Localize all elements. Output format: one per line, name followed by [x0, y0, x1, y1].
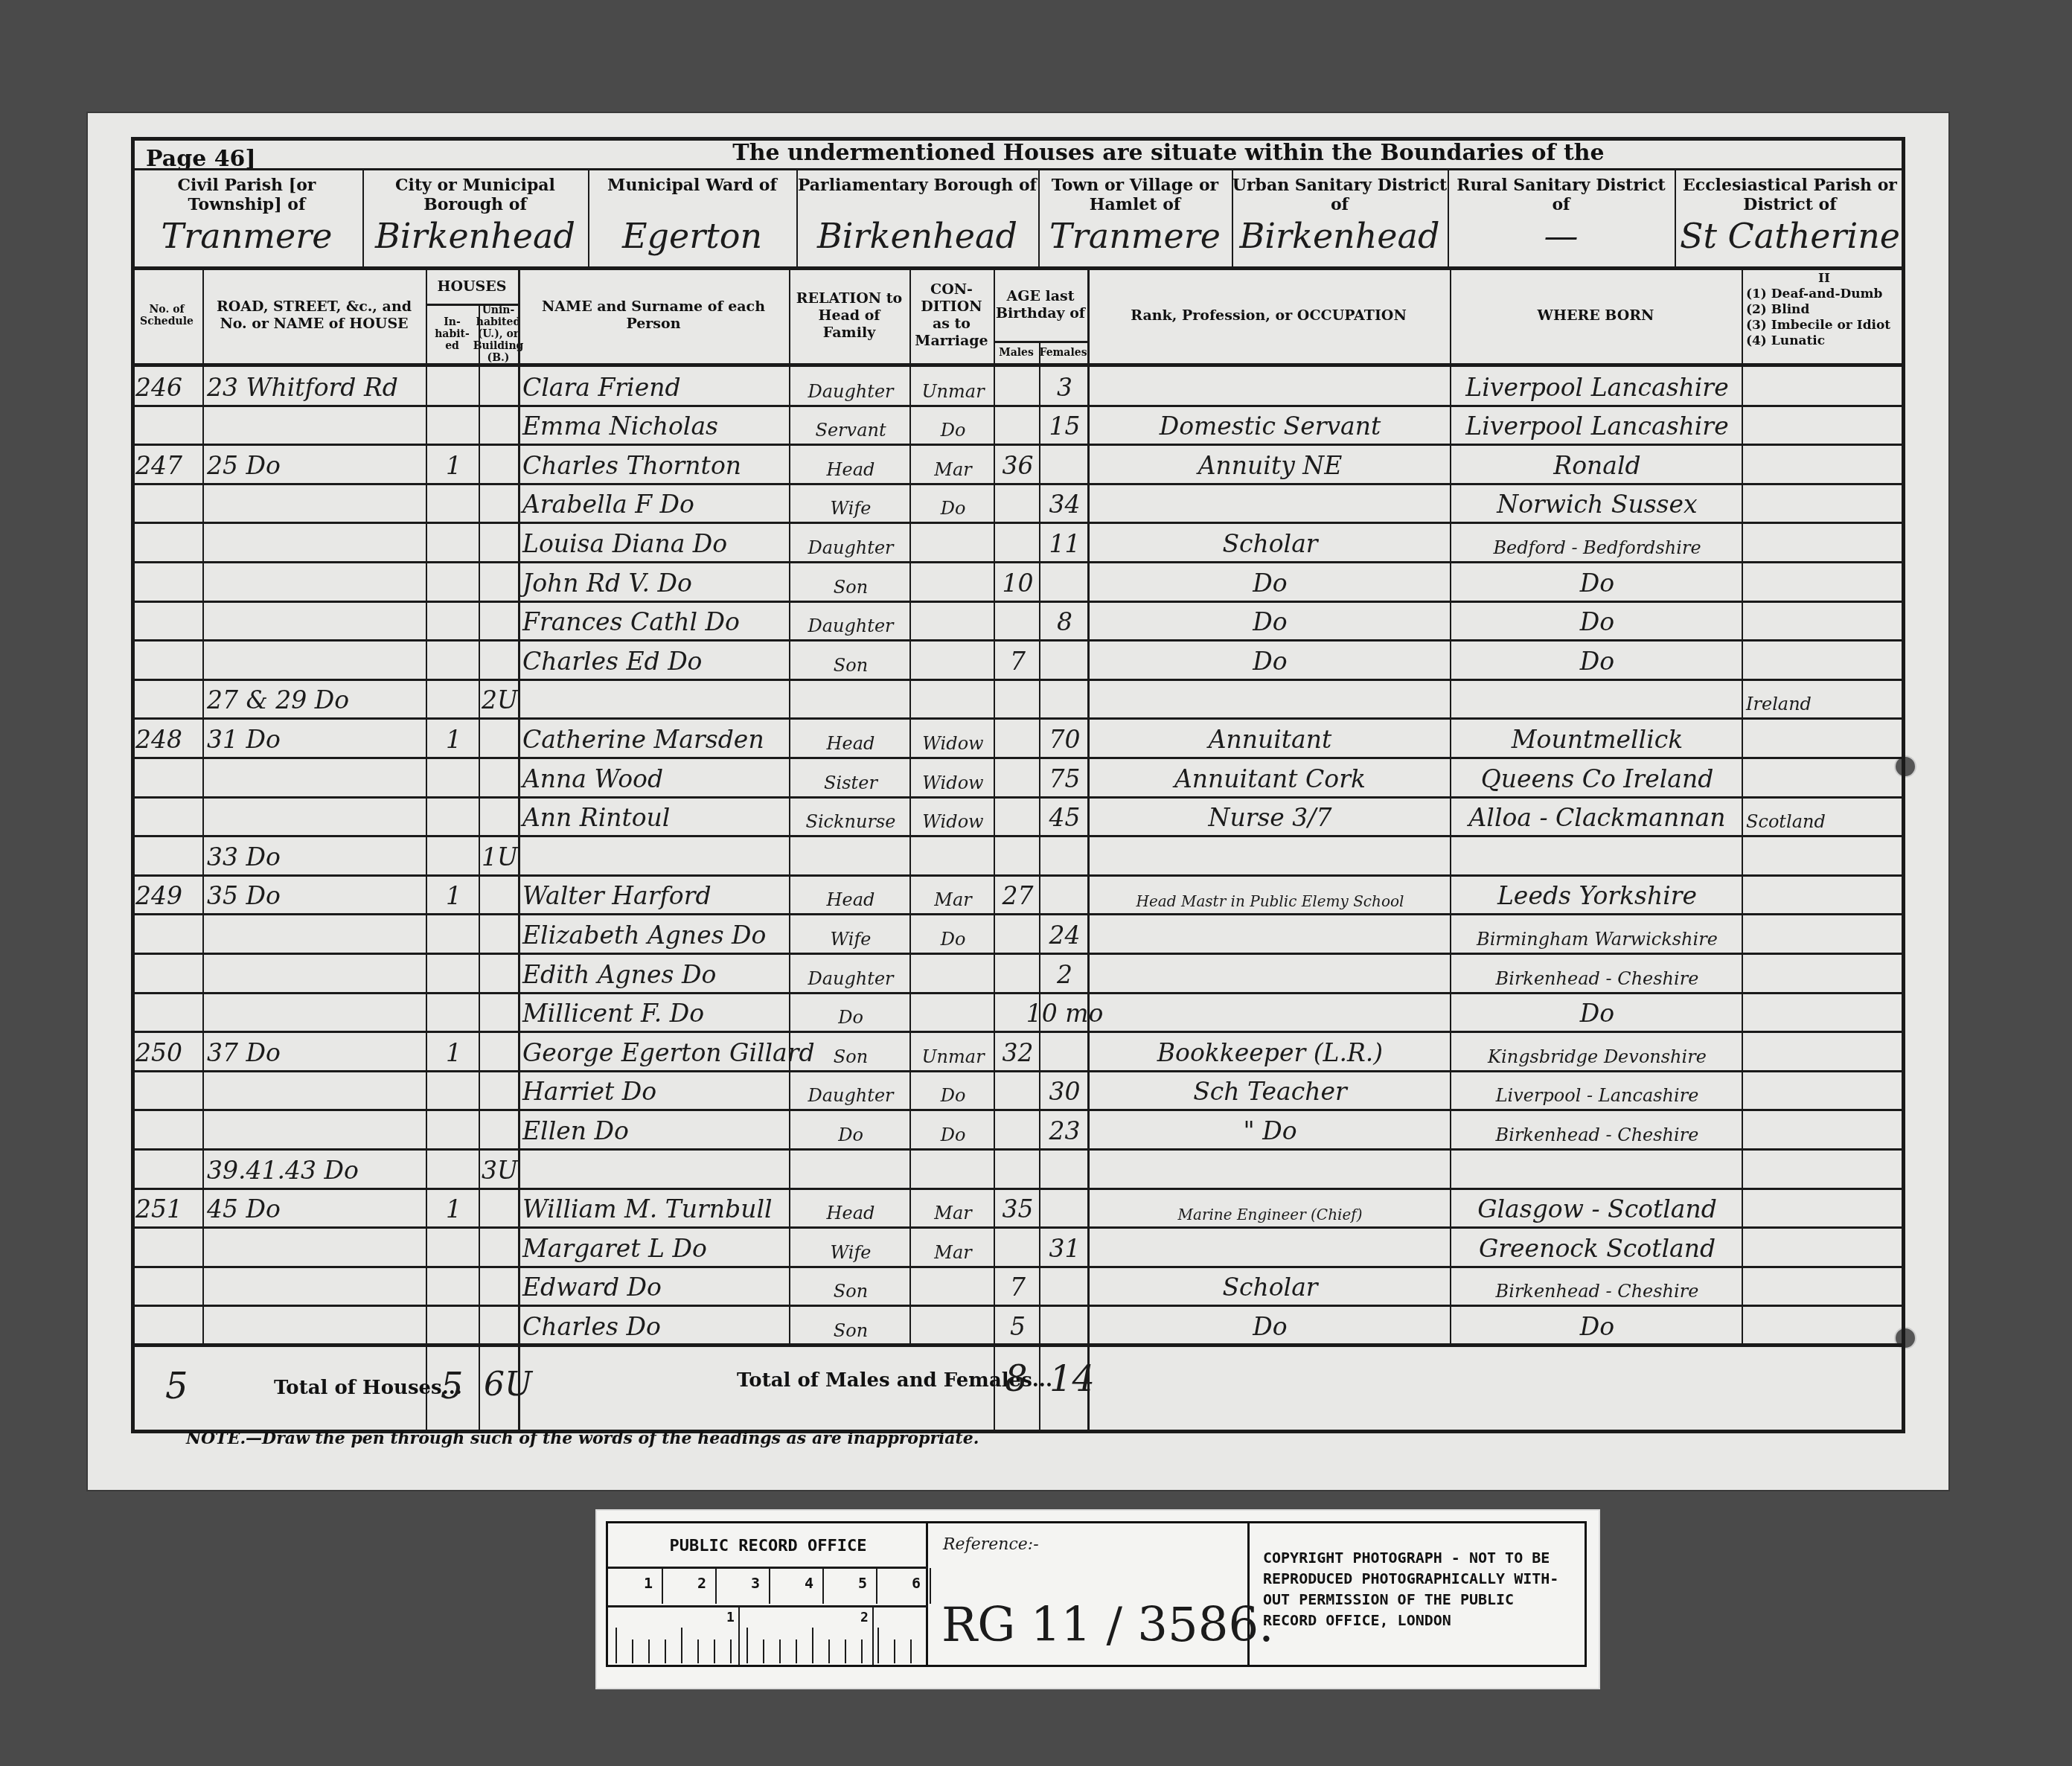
cell-road: 23 Whitford Rd	[207, 367, 424, 403]
cell-relation	[793, 680, 908, 717]
cell-females: 15	[1043, 406, 1086, 443]
cell-females: 8	[1043, 602, 1086, 639]
cell-where-born: Norwich Sussex	[1454, 484, 1740, 521]
cell-infirmity: Scotland	[1746, 798, 1904, 834]
cell-road	[207, 1306, 424, 1343]
cell-infirmity	[1746, 719, 1904, 755]
cell-condition: Widow	[914, 798, 992, 834]
cell-road	[207, 484, 424, 521]
cell-condition	[914, 1150, 992, 1186]
district-value: Egerton	[588, 216, 796, 256]
cell-road: 33 Do	[207, 836, 424, 873]
cell-road: 45 Do	[207, 1189, 424, 1226]
cell-males: 10	[998, 563, 1037, 599]
cell-condition	[914, 954, 992, 991]
cell-occupation: Do	[1092, 602, 1448, 639]
cell-uninhabited	[483, 954, 517, 991]
cell-uninhabited	[483, 1228, 517, 1264]
cell-condition: Do	[914, 915, 992, 951]
cell-males	[998, 1110, 1037, 1147]
cell-condition: Mar	[914, 445, 992, 482]
cell-females	[1043, 563, 1086, 599]
cell-where-born: Glasgow - Scotland	[1454, 1189, 1740, 1226]
cell-name: Charles Do	[522, 1306, 787, 1343]
ruler-scale-top: 123456	[608, 1568, 928, 1604]
cell-relation	[793, 1150, 908, 1186]
cell-occupation: Annuitant	[1092, 719, 1448, 755]
column-heading-uninhabited: Unin-habited (U.), or Building (B.)	[479, 307, 518, 362]
cell-relation: Daughter	[793, 954, 908, 991]
cell-relation: Servant	[793, 406, 908, 443]
cell-infirmity	[1746, 876, 1904, 912]
cell-where-born: Leeds Yorkshire	[1454, 876, 1740, 912]
cell-where-born: Do	[1454, 563, 1740, 599]
ruler-number: 4	[805, 1574, 813, 1592]
cell-condition	[914, 680, 992, 717]
cell-condition: Do	[914, 406, 992, 443]
cell-where-born	[1454, 1150, 1740, 1186]
column-heading-inhabited: In-habit-ed	[426, 307, 479, 362]
cell-name: Elizabeth Agnes Do	[522, 915, 787, 951]
cell-relation: Wife	[793, 915, 908, 951]
cell-condition	[914, 523, 992, 560]
cell-inhabited: 1	[430, 1189, 477, 1226]
cell-inhabited	[430, 680, 477, 717]
cell-infirmity	[1746, 367, 1904, 403]
cell-males	[998, 719, 1037, 755]
cell-where-born: Alloa - Clackmannan	[1454, 798, 1740, 834]
cell-schedule	[135, 1150, 201, 1186]
district-heading: Municipal Ward of	[588, 176, 796, 195]
cell-road	[207, 915, 424, 951]
cell-inhabited	[430, 523, 477, 560]
cell-name: William M. Turnbull	[522, 1189, 787, 1226]
column-heading-condition: CON-DITION as to Marriage	[909, 269, 994, 362]
reference-label: Reference:-	[943, 1535, 1039, 1554]
column-heading-relation: RELATION to Head of Family	[789, 269, 909, 362]
cell-relation: Daughter	[793, 1072, 908, 1108]
cell-schedule	[135, 1228, 201, 1264]
cell-condition: Unmar	[914, 1032, 992, 1069]
column-heading-name: NAME and Surname of each Person	[518, 269, 789, 362]
cell-uninhabited	[483, 1032, 517, 1069]
infirmity-column-number: II	[1746, 271, 1902, 287]
cell-uninhabited	[483, 758, 517, 795]
cell-schedule: 246	[135, 367, 201, 403]
cell-road: 25 Do	[207, 445, 424, 482]
cell-inhabited	[430, 641, 477, 677]
cell-relation: Daughter	[793, 367, 908, 403]
cell-males	[998, 484, 1037, 521]
cell-females: 10 mo	[1043, 994, 1086, 1030]
cell-condition: Widow	[914, 719, 992, 755]
cell-uninhabited	[483, 994, 517, 1030]
cell-inhabited	[430, 1110, 477, 1147]
cell-where-born: Mountmellick	[1454, 719, 1740, 755]
cell-females	[1043, 445, 1086, 482]
cell-occupation	[1092, 680, 1448, 717]
cell-occupation: Scholar	[1092, 1267, 1448, 1304]
cell-name	[522, 1150, 787, 1186]
cell-males: 27	[998, 876, 1037, 912]
infirmity-option: (4) Lunatic	[1746, 333, 1902, 349]
cell-schedule	[135, 1306, 201, 1343]
cell-females: 31	[1043, 1228, 1086, 1264]
cell-where-born: Do	[1454, 994, 1740, 1030]
instruction-note: NOTE.—Draw the pen through such of the w…	[186, 1429, 979, 1448]
cell-relation: Daughter	[793, 523, 908, 560]
cell-occupation	[1092, 1228, 1448, 1264]
total-houses-label: Total of Houses...	[274, 1377, 462, 1399]
cell-name: Margaret L Do	[522, 1228, 787, 1264]
record-office-name: PUBLIC RECORD OFFICE	[608, 1537, 928, 1555]
cell-uninhabited: 1U	[483, 836, 517, 873]
cell-infirmity	[1746, 602, 1904, 639]
page-title: The undermentioned Houses are situate wi…	[461, 140, 1876, 166]
cell-inhabited	[430, 563, 477, 599]
cell-inhabited	[430, 798, 477, 834]
cell-females: 11	[1043, 523, 1086, 560]
cell-inhabited	[430, 1306, 477, 1343]
cell-where-born: Birkenhead - Cheshire	[1454, 1110, 1740, 1147]
cell-occupation	[1092, 367, 1448, 403]
cell-schedule	[135, 798, 201, 834]
cell-females: 2	[1043, 954, 1086, 991]
cell-occupation: Domestic Servant	[1092, 406, 1448, 443]
column-heading-houses: HOUSES	[426, 269, 518, 304]
cell-condition	[914, 836, 992, 873]
ruler-number: 5	[858, 1574, 867, 1592]
district-heading: Urban Sanitary District of	[1232, 176, 1448, 214]
cell-infirmity: Ireland	[1746, 680, 1904, 717]
cell-uninhabited	[483, 798, 517, 834]
cell-relation: Head	[793, 1189, 908, 1226]
cell-uninhabited	[483, 602, 517, 639]
cell-condition	[914, 994, 992, 1030]
cell-relation: Daughter	[793, 602, 908, 639]
column-heading-females: Females	[1039, 342, 1087, 363]
cell-where-born: Bedford - Bedfordshire	[1454, 523, 1740, 560]
cell-relation: Do	[793, 994, 908, 1030]
cell-infirmity	[1746, 1032, 1904, 1069]
cell-inhabited	[430, 484, 477, 521]
district-value: Tranmere	[1038, 216, 1232, 256]
cell-road	[207, 1228, 424, 1264]
reference-value: RG 11 / 3586.	[941, 1598, 1274, 1653]
cell-inhabited	[430, 1072, 477, 1108]
cell-road	[207, 1110, 424, 1147]
cell-females: 45	[1043, 798, 1086, 834]
cell-schedule	[135, 758, 201, 795]
cell-where-born: Liverpool Lancashire	[1454, 367, 1740, 403]
cell-occupation: Bookkeeper (L.R.)	[1092, 1032, 1448, 1069]
cell-uninhabited	[483, 1267, 517, 1304]
cell-road	[207, 994, 424, 1030]
cell-occupation	[1092, 836, 1448, 873]
cell-where-born: Liverpool Lancashire	[1454, 406, 1740, 443]
cell-infirmity	[1746, 915, 1904, 951]
cell-occupation	[1092, 915, 1448, 951]
cell-males	[998, 1072, 1037, 1108]
cell-males: 7	[998, 641, 1037, 677]
cell-infirmity	[1746, 836, 1904, 873]
cell-inhabited	[430, 367, 477, 403]
cell-where-born	[1454, 836, 1740, 873]
cell-occupation	[1092, 1150, 1448, 1186]
cell-infirmity	[1746, 641, 1904, 677]
cell-name: Charles Ed Do	[522, 641, 787, 677]
total-uninhabited: 6U	[484, 1366, 532, 1404]
cell-males	[998, 406, 1037, 443]
cell-females	[1043, 1306, 1086, 1343]
column-heading-age: AGE last Birthday of	[994, 269, 1087, 341]
cell-road: 31 Do	[207, 719, 424, 755]
cell-uninhabited: 3U	[483, 1150, 517, 1186]
cell-schedule	[135, 406, 201, 443]
cell-infirmity	[1746, 954, 1904, 991]
cell-inhabited: 1	[430, 876, 477, 912]
cell-condition: Mar	[914, 1228, 992, 1264]
district-value: Birkenhead	[1232, 216, 1448, 256]
column-heading-males: Males	[994, 342, 1039, 363]
cell-relation: Wife	[793, 1228, 908, 1264]
cell-uninhabited	[483, 641, 517, 677]
cell-schedule: 250	[135, 1032, 201, 1069]
cell-uninhabited	[483, 1110, 517, 1147]
cell-where-born: Greenock Scotland	[1454, 1228, 1740, 1264]
cell-males	[998, 602, 1037, 639]
cell-relation: Son	[793, 1267, 908, 1304]
cell-females	[1043, 1032, 1086, 1069]
cell-relation: Son	[793, 1032, 908, 1069]
cell-males	[998, 836, 1037, 873]
district-heading: Town or Village or Hamlet of	[1038, 176, 1232, 214]
cell-infirmity	[1746, 1267, 1904, 1304]
cell-where-born: Kingsbridge Devonshire	[1454, 1032, 1740, 1069]
total-inhabited: 5	[441, 1366, 464, 1407]
cell-name: Ellen Do	[522, 1110, 787, 1147]
cell-where-born: Ronald	[1454, 445, 1740, 482]
cell-infirmity	[1746, 406, 1904, 443]
cell-females	[1043, 1267, 1086, 1304]
cell-name	[522, 680, 787, 717]
cell-name: Edward Do	[522, 1267, 787, 1304]
cell-infirmity	[1746, 1306, 1904, 1343]
cell-name: Charles Thornton	[522, 445, 787, 482]
ruler-number: 3	[751, 1574, 760, 1592]
cell-condition	[914, 641, 992, 677]
cell-infirmity	[1746, 523, 1904, 560]
total-females: 14	[1049, 1358, 1095, 1400]
cell-schedule	[135, 1072, 201, 1108]
cell-inhabited	[430, 406, 477, 443]
cell-condition: Do	[914, 1072, 992, 1108]
cell-road	[207, 1072, 424, 1108]
cell-schedule: 249	[135, 876, 201, 912]
cell-males	[998, 954, 1037, 991]
cell-schedule	[135, 994, 201, 1030]
ruler-number: 1	[726, 1610, 735, 1625]
cell-where-born	[1454, 680, 1740, 717]
cell-condition	[914, 602, 992, 639]
cell-females: 3	[1043, 367, 1086, 403]
cell-schedule	[135, 1267, 201, 1304]
cell-where-born: Birkenhead - Cheshire	[1454, 1267, 1740, 1304]
cell-condition	[914, 1306, 992, 1343]
cell-schedule	[135, 680, 201, 717]
district-value: —	[1448, 216, 1675, 256]
cell-females: 30	[1043, 1072, 1086, 1108]
cell-occupation: Sch Teacher	[1092, 1072, 1448, 1108]
cell-inhabited	[430, 836, 477, 873]
column-heading-schedule: No. of Schedule	[131, 269, 202, 362]
cell-schedule	[135, 954, 201, 991]
district-value: Tranmere	[131, 216, 362, 256]
infirmity-option: (2) Blind	[1746, 302, 1902, 318]
cell-inhabited	[430, 954, 477, 991]
cell-road: 37 Do	[207, 1032, 424, 1069]
infirmity-option: (1) Deaf-and-Dumb	[1746, 287, 1902, 302]
column-heading-road: ROAD, STREET, &c., and No. or NAME of HO…	[202, 269, 426, 362]
cell-schedule	[135, 563, 201, 599]
cell-uninhabited	[483, 876, 517, 912]
cell-schedule: 251	[135, 1189, 201, 1226]
district-heading: Rural Sanitary District of	[1448, 176, 1675, 214]
cell-females: 70	[1043, 719, 1086, 755]
cell-schedule	[135, 915, 201, 951]
total-schedules: 5	[165, 1366, 188, 1407]
district-value: Birkenhead	[362, 216, 588, 256]
cell-road: 39.41.43 Do	[207, 1150, 424, 1186]
cell-uninhabited	[483, 1072, 517, 1108]
cell-condition: Do	[914, 484, 992, 521]
cell-occupation	[1092, 994, 1448, 1030]
cell-occupation: Scholar	[1092, 523, 1448, 560]
cell-name: Arabella F Do	[522, 484, 787, 521]
cell-relation: Sister	[793, 758, 908, 795]
cell-infirmity	[1746, 1228, 1904, 1264]
cell-name: Emma Nicholas	[522, 406, 787, 443]
ruler-number: 2	[860, 1610, 869, 1625]
column-heading-infirmity: II(1) Deaf-and-Dumb(2) Blind(3) Imbecile…	[1746, 271, 1902, 349]
cell-name: Frances Cathl Do	[522, 602, 787, 639]
cell-occupation: Head Mastr in Public Elemy School	[1092, 876, 1448, 912]
cell-where-born: Birkenhead - Cheshire	[1454, 954, 1740, 991]
cell-females: 34	[1043, 484, 1086, 521]
cell-occupation: Do	[1092, 641, 1448, 677]
cell-schedule	[135, 484, 201, 521]
district-heading: Ecclesiastical Parish or District of	[1675, 176, 1905, 214]
cell-infirmity	[1746, 563, 1904, 599]
cell-infirmity	[1746, 1110, 1904, 1147]
cell-inhabited	[430, 1150, 477, 1186]
cell-where-born: Queens Co Ireland	[1454, 758, 1740, 795]
cell-condition: Unmar	[914, 367, 992, 403]
cell-name: Clara Friend	[522, 367, 787, 403]
cell-females: 24	[1043, 915, 1086, 951]
cell-schedule	[135, 602, 201, 639]
cell-relation: Head	[793, 719, 908, 755]
column-heading-where-born: WHERE BORN	[1450, 269, 1742, 362]
cell-males	[998, 915, 1037, 951]
cell-relation: Head	[793, 445, 908, 482]
cell-name: Louisa Diana Do	[522, 523, 787, 560]
district-value: Birkenhead	[796, 216, 1038, 256]
cell-inhabited: 1	[430, 719, 477, 755]
cell-males	[998, 1228, 1037, 1264]
cell-inhabited	[430, 994, 477, 1030]
cell-schedule: 248	[135, 719, 201, 755]
cell-name: Harriet Do	[522, 1072, 787, 1108]
cell-road	[207, 758, 424, 795]
cell-males	[998, 1150, 1037, 1186]
cell-infirmity	[1746, 994, 1904, 1030]
cell-name: Catherine Marsden	[522, 719, 787, 755]
cell-inhabited	[430, 602, 477, 639]
cell-occupation: Annuitant Cork	[1092, 758, 1448, 795]
district-value: St Catherine	[1675, 216, 1905, 256]
cell-males: 36	[998, 445, 1037, 482]
cell-road	[207, 406, 424, 443]
ruler-scale-bottom: 12	[608, 1607, 928, 1665]
cell-females	[1043, 876, 1086, 912]
cell-males: 32	[998, 1032, 1037, 1069]
cell-males	[998, 798, 1037, 834]
total-males: 8	[1005, 1358, 1028, 1400]
cell-relation: Wife	[793, 484, 908, 521]
cell-relation: Son	[793, 1306, 908, 1343]
cell-name: Ann Rintoul	[522, 798, 787, 834]
cell-infirmity	[1746, 1189, 1904, 1226]
cell-where-born: Liverpool - Lancashire	[1454, 1072, 1740, 1108]
cell-road	[207, 954, 424, 991]
cell-name: Edith Agnes Do	[522, 954, 787, 991]
cell-uninhabited	[483, 719, 517, 755]
cell-females	[1043, 1150, 1086, 1186]
cell-schedule	[135, 523, 201, 560]
cell-infirmity	[1746, 445, 1904, 482]
cell-where-born: Do	[1454, 602, 1740, 639]
cell-name: Walter Harford	[522, 876, 787, 912]
cell-road	[207, 602, 424, 639]
cell-infirmity	[1746, 484, 1904, 521]
cell-uninhabited	[483, 445, 517, 482]
cell-condition: Widow	[914, 758, 992, 795]
cell-occupation: Nurse 3/7	[1092, 798, 1448, 834]
cell-relation	[793, 836, 908, 873]
cell-occupation: Do	[1092, 1306, 1448, 1343]
cell-infirmity	[1746, 1150, 1904, 1186]
cell-females: 75	[1043, 758, 1086, 795]
cell-where-born: Do	[1454, 1306, 1740, 1343]
district-heading: Civil Parish [or Township] of	[131, 176, 362, 214]
cell-road	[207, 798, 424, 834]
cell-males: 7	[998, 1267, 1037, 1304]
cell-road	[207, 641, 424, 677]
cell-males: 35	[998, 1189, 1037, 1226]
cell-road	[207, 523, 424, 560]
cell-inhabited	[430, 915, 477, 951]
cell-females	[1043, 680, 1086, 717]
cell-road	[207, 563, 424, 599]
cell-males	[998, 367, 1037, 403]
cell-females: 23	[1043, 1110, 1086, 1147]
ruler-number: 2	[697, 1574, 706, 1592]
cell-name: George Egerton Gillard	[522, 1032, 787, 1069]
cell-name: Millicent F. Do	[522, 994, 787, 1030]
cell-condition	[914, 563, 992, 599]
cell-schedule	[135, 641, 201, 677]
